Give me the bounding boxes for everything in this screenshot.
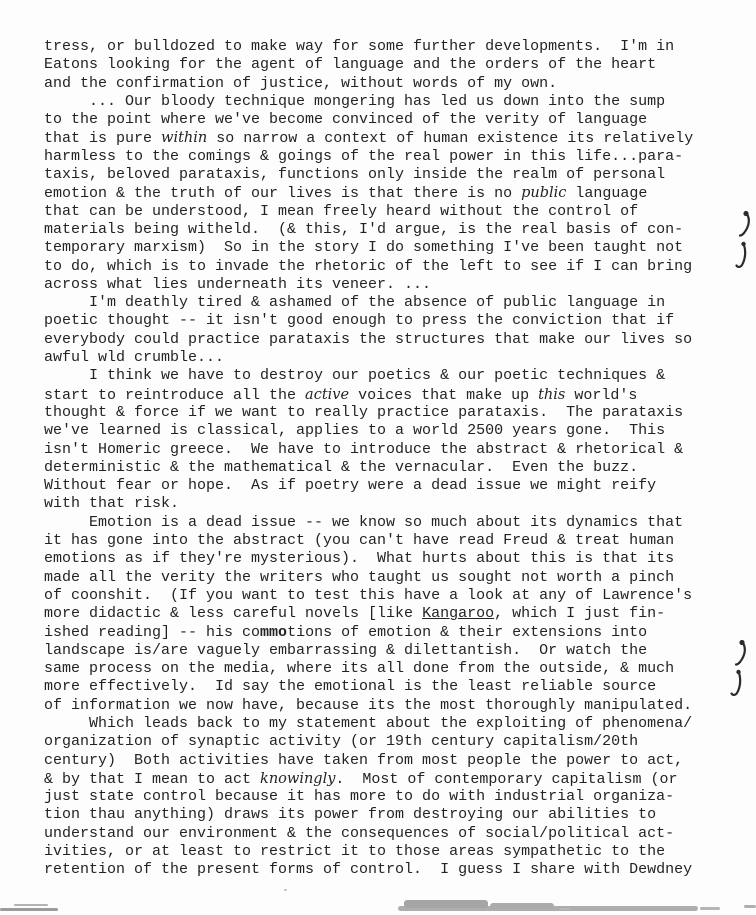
scan-shadow [0, 908, 58, 911]
text-segment: we've learned is classical, applies to a… [44, 422, 665, 439]
text-line: to the point where we've become convince… [44, 111, 724, 129]
pen-squiggle-mark [734, 241, 748, 271]
text-line: I'm deathly tired & ashamed of the absen… [44, 294, 724, 312]
text-segment: so narrow a context of human existence i… [207, 130, 693, 147]
text-line: Without fear or hope. As if poetry were … [44, 477, 724, 495]
text-segment: that can be understood, I mean freely he… [44, 203, 638, 220]
text-segment: emotion & the truth of our lives is that… [44, 185, 521, 202]
text-line: harmless to the comings & goings of the … [44, 148, 724, 166]
text-block: tress, or bulldozed to make way for some… [44, 38, 724, 880]
text-line: more effectively. Id say the emotional i… [44, 678, 724, 696]
text-line: poetic thought -- it isn't good enough t… [44, 312, 724, 330]
text-segment: mmo [260, 624, 287, 641]
text-segment: of coonshit. (If you want to test this h… [44, 587, 692, 604]
text-line: century) Both activities have taken from… [44, 752, 724, 770]
text-segment: & by that I mean to act [44, 771, 260, 788]
text-line: Emotion is a dead issue -- we know so mu… [44, 514, 724, 532]
text-segment: more effectively. Id say the emotional i… [44, 678, 656, 695]
text-segment: ... Our bloody technique mongering has l… [44, 93, 665, 110]
text-segment: tion thau anything) draws its power from… [44, 806, 656, 823]
text-line: I think we have to destroy our poetics &… [44, 367, 724, 385]
text-segment: knowingly [260, 771, 335, 787]
text-line: more didactic & less careful novels [lik… [44, 605, 724, 623]
text-line: & by that I mean to act knowingly. Most … [44, 770, 724, 788]
text-line: landscape is/are vaguely embarrassing & … [44, 642, 724, 660]
text-segment: public [521, 185, 566, 201]
text-line: with that risk. [44, 495, 724, 513]
text-line: Eatons looking for the agent of language… [44, 56, 724, 74]
text-segment: emotions as if they're mysterious). What… [44, 550, 674, 567]
text-line: made all the verity the writers who taug… [44, 569, 724, 587]
text-line: thought & force if we want to really pra… [44, 404, 724, 422]
text-segment: of information we now have, because its … [44, 697, 692, 714]
text-line: organization of synaptic activity (or 19… [44, 733, 724, 751]
text-segment: Eatons looking for the agent of language… [44, 56, 656, 73]
text-line: ivities, or at least to restrict it to t… [44, 843, 724, 861]
text-segment: materials being witheld. (& this, I'd ar… [44, 221, 683, 238]
pen-squiggle-mark [733, 639, 747, 669]
text-line: retention of the present forms of contro… [44, 861, 724, 879]
text-segment: Without fear or hope. As if poetry were … [44, 477, 656, 494]
text-segment: just state control because it has more t… [44, 788, 674, 805]
text-line: just state control because it has more t… [44, 788, 724, 806]
text-segment: to the point where we've become convince… [44, 111, 647, 128]
text-segment: poetic thought -- it isn't good enough t… [44, 312, 674, 329]
scan-shadow [284, 889, 287, 891]
pen-squiggle-mark [729, 669, 743, 699]
text-line: across what lies underneath its veneer. … [44, 276, 724, 294]
text-segment: and the confirmation of justice, without… [44, 75, 557, 92]
text-line: awful wld crumble... [44, 349, 724, 367]
text-line: Which leads back to my statement about t… [44, 715, 724, 733]
text-line: of information we now have, because its … [44, 697, 724, 715]
text-segment: understand our environment & the consequ… [44, 825, 674, 842]
text-segment: century) Both activities have taken from… [44, 752, 683, 769]
text-segment: thought & force if we want to really pra… [44, 404, 683, 421]
text-segment: deterministic & the mathematical & the v… [44, 459, 638, 476]
scan-shadow [700, 907, 720, 910]
text-segment: more didactic & less careful novels [lik… [44, 605, 422, 622]
text-segment: that is pure [44, 130, 161, 147]
text-segment: voices that make up [349, 387, 538, 404]
text-segment: awful wld crumble... [44, 349, 224, 366]
text-line: everybody could practice parataxis the s… [44, 331, 724, 349]
text-line: we've learned is classical, applies to a… [44, 422, 724, 440]
scan-shadow [404, 900, 488, 908]
text-line: that is pure within so narrow a context … [44, 129, 724, 147]
text-segment: Emotion is a dead issue -- we know so mu… [44, 514, 683, 531]
text-segment: I think we have to destroy our poetics &… [44, 367, 665, 384]
text-segment: start to reintroduce all the [44, 387, 305, 404]
text-segment: within [161, 130, 207, 146]
text-line: emotions as if they're mysterious). What… [44, 550, 724, 568]
text-line: that can be understood, I mean freely he… [44, 203, 724, 221]
text-segment: to do, which is to invade the rhetoric o… [44, 258, 692, 275]
text-segment: , which I just fin- [494, 605, 665, 622]
text-line: start to reintroduce all the active voic… [44, 386, 724, 404]
text-line: materials being witheld. (& this, I'd ar… [44, 221, 724, 239]
pen-squiggle-mark [737, 210, 751, 240]
text-segment: I'm deathly tired & ashamed of the absen… [44, 294, 665, 311]
text-line: to do, which is to invade the rhetoric o… [44, 258, 724, 276]
text-line: it has gone into the abstract (you can't… [44, 532, 724, 550]
text-line: tion thau anything) draws its power from… [44, 806, 724, 824]
text-segment: landscape is/are vaguely embarrassing & … [44, 642, 647, 659]
text-line: isn't Homeric greece. We have to introdu… [44, 441, 724, 459]
text-segment: taxis, beloved parataxis, functions only… [44, 166, 665, 183]
scan-shadow [490, 903, 554, 909]
text-segment: isn't Homeric greece. We have to introdu… [44, 441, 683, 458]
text-line: emotion & the truth of our lives is that… [44, 184, 724, 202]
text-line: deterministic & the mathematical & the v… [44, 459, 724, 477]
text-segment: it has gone into the abstract (you can't… [44, 532, 674, 549]
text-segment: tions of emotion & their extensions into [287, 624, 647, 641]
text-segment: temporary marxism) So in the story I do … [44, 239, 683, 256]
text-segment: language [566, 185, 647, 202]
text-segment: retention of the present forms of contro… [44, 861, 692, 878]
text-line: of coonshit. (If you want to test this h… [44, 587, 724, 605]
text-line: taxis, beloved parataxis, functions only… [44, 166, 724, 184]
text-segment: everybody could practice parataxis the s… [44, 331, 692, 348]
text-line: same process on the media, where its all… [44, 660, 724, 678]
text-line: tress, or bulldozed to make way for some… [44, 38, 724, 56]
text-segment: this [538, 387, 565, 403]
document-page: tress, or bulldozed to make way for some… [0, 0, 756, 915]
text-segment: harmless to the comings & goings of the … [44, 148, 683, 165]
text-segment: Which leads back to my statement about t… [44, 715, 692, 732]
scan-shadow [744, 905, 756, 908]
text-line: temporary marxism) So in the story I do … [44, 239, 724, 257]
text-segment: across what lies underneath its veneer. … [44, 276, 431, 293]
text-segment: tress, or bulldozed to make way for some… [44, 38, 674, 55]
scan-shadow [560, 908, 570, 910]
text-line: understand our environment & the consequ… [44, 825, 724, 843]
text-segment: made all the verity the writers who taug… [44, 569, 674, 586]
text-segment: same process on the media, where its all… [44, 660, 674, 677]
text-segment: ivities, or at least to restrict it to t… [44, 843, 665, 860]
text-segment: with that risk. [44, 495, 179, 512]
text-line: ished reading] -- his commotions of emot… [44, 624, 724, 642]
text-segment: ished reading] -- his co [44, 624, 260, 641]
text-line: ... Our bloody technique mongering has l… [44, 93, 724, 111]
text-segment: Kangaroo [422, 605, 494, 622]
text-segment: active [305, 387, 349, 403]
text-line: and the confirmation of justice, without… [44, 75, 724, 93]
text-segment: organization of synaptic activity (or 19… [44, 733, 638, 750]
text-segment: world's [565, 387, 637, 404]
scan-shadow [14, 904, 48, 906]
text-segment: . Most of contemporary capitalism (or [335, 771, 677, 788]
